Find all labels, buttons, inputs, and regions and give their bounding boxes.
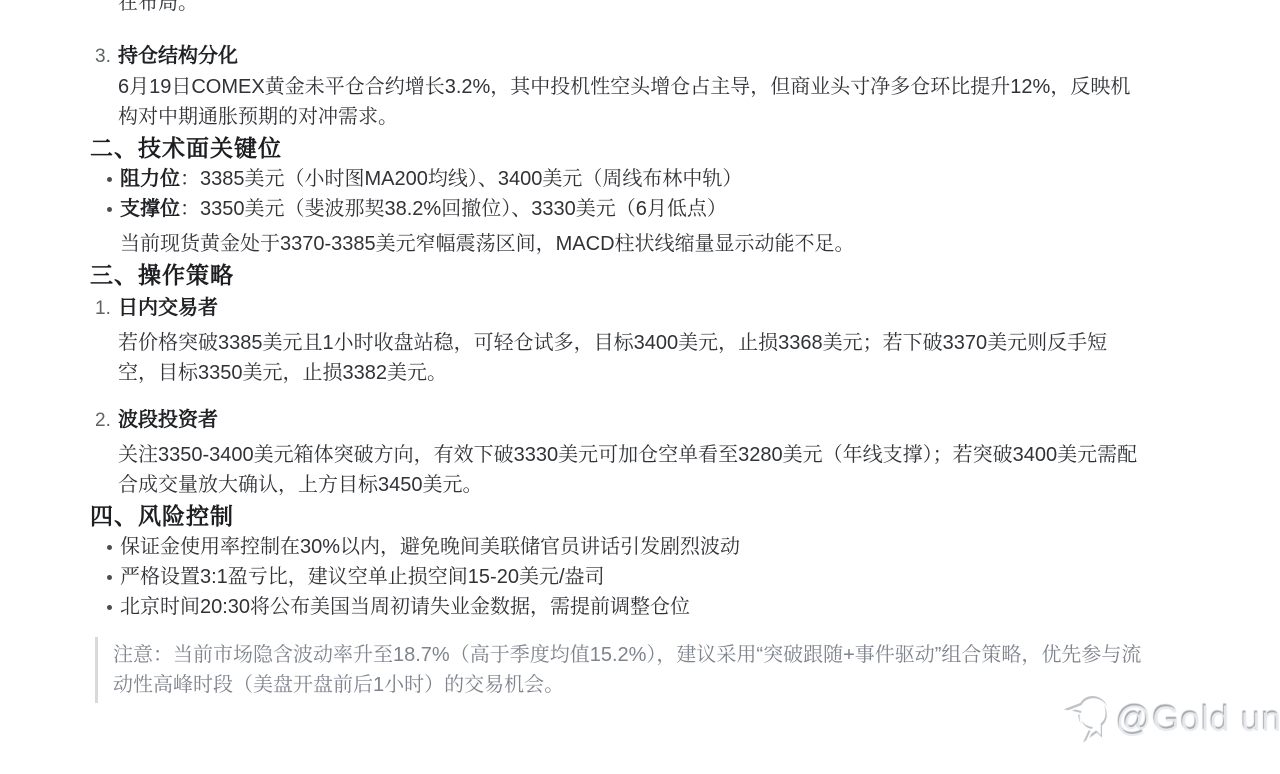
section-heading-risk: 四、风险控制 — [90, 500, 1138, 532]
bullet-data-release: 北京时间20:30将公布美国当周初请失业金数据，需提前调整仓位 — [90, 592, 1138, 622]
note-blockquote: 注意：当前市场隐含波动率升至18.7%（高于季度均值15.2%），建议采用“突破… — [95, 637, 1143, 703]
list-item-title-line: 1.日内交易者 — [90, 293, 1138, 324]
bullet-margin-usage: 保证金使用率控制在30%以内，避免晚间美联储官员讲话引发剧烈波动 — [90, 532, 1138, 562]
list-item-title-line: 2.波段投资者 — [90, 405, 1138, 436]
list-item-intraday: 1.日内交易者 若价格突破3385美元且1小时收盘站稳，可轻仓试多，目标3400… — [90, 293, 1138, 388]
intraday-title: 日内交易者 — [118, 297, 218, 319]
section-heading-strategy: 三、操作策略 — [90, 259, 1138, 291]
positions-title: 持仓结构分化 — [118, 45, 238, 67]
positions-body: 6月19日COMEX黄金未平仓合约增长3.2%，其中投机性空头增仓占主导，但商业… — [118, 72, 1138, 132]
technical-summary: 当前现货黄金处于3370-3385美元窄幅震荡区间，MACD柱状线缩量显示动能不… — [120, 229, 1138, 259]
list-item-positions: 3.持仓结构分化 6月19日COMEX黄金未平仓合约增长3.2%，其中投机性空头… — [90, 41, 1138, 132]
bullet-label: 阻力位 — [120, 168, 180, 190]
risk-bullet-list: 保证金使用率控制在30%以内，避免晚间美联储官员讲话引发剧烈波动 严格设置3:1… — [90, 532, 1138, 622]
swing-body: 关注3350-3400美元箱体突破方向，有效下破3330美元可加仓空单看至328… — [118, 440, 1138, 500]
clipped-paragraph-tail: 在布局。 — [118, 0, 1138, 18]
technical-bullet-list: 阻力位：3385美元（小时图MA200均线）、3400美元（周线布林中轨） 支撑… — [90, 164, 1138, 224]
list-number: 2. — [95, 406, 118, 436]
document-page: 在布局。 3.持仓结构分化 6月19日COMEX黄金未平仓合约增长3.2%，其中… — [0, 0, 1280, 774]
bullet-risk-reward: 严格设置3:1盈亏比，建议空单止损空间15-20美元/盎司 — [90, 562, 1138, 592]
list-item-swing: 2.波段投资者 关注3350-3400美元箱体突破方向，有效下破3330美元可加… — [90, 405, 1138, 500]
bullet-label: 支撑位 — [120, 198, 180, 220]
document-content: 在布局。 3.持仓结构分化 6月19日COMEX黄金未平仓合约增长3.2%，其中… — [90, 0, 1138, 703]
bullet-support: 支撑位：3350美元（斐波那契38.2%回撤位）、3330美元（6月低点） — [90, 194, 1138, 224]
bullet-text: ：3385美元（小时图MA200均线）、3400美元（周线布林中轨） — [180, 168, 742, 190]
watermark-text: @Gold union — [1116, 700, 1280, 740]
section-heading-technical: 二、技术面关键位 — [90, 132, 1138, 164]
list-item-title-line: 3.持仓结构分化 — [90, 41, 1138, 72]
list-number: 3. — [95, 42, 118, 72]
intraday-body: 若价格突破3385美元且1小时收盘站稳，可轻仓试多，目标3400美元，止损336… — [118, 328, 1138, 388]
bullet-resistance: 阻力位：3385美元（小时图MA200均线）、3400美元（周线布林中轨） — [90, 164, 1138, 194]
swing-title: 波段投资者 — [118, 409, 218, 431]
bullet-text: ：3350美元（斐波那契38.2%回撤位）、3330美元（6月低点） — [180, 198, 727, 220]
list-number: 1. — [95, 294, 118, 324]
